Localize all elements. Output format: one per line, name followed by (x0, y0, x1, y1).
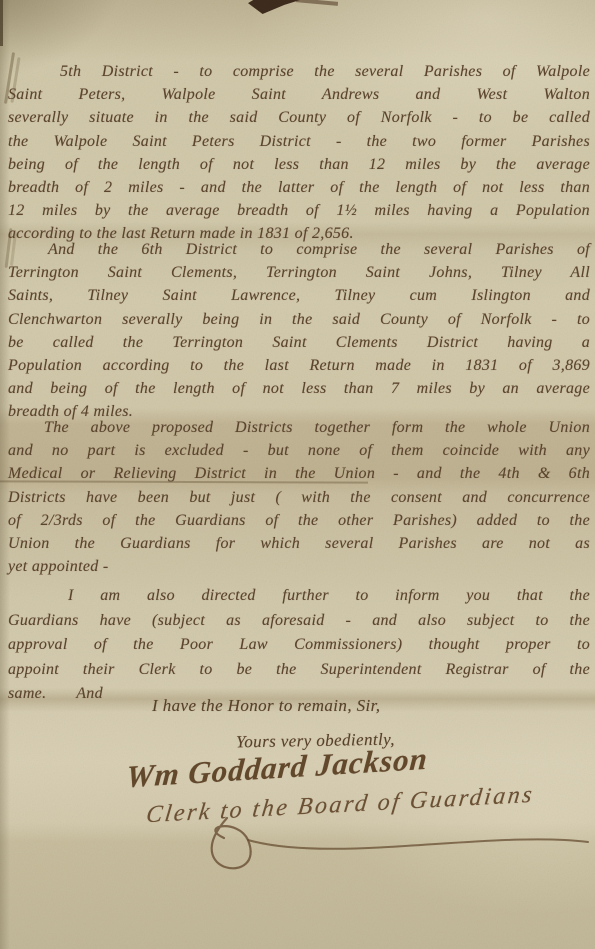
manuscript-line: and no part is excluded - but none of th… (8, 439, 590, 462)
manuscript-line: Saints, Tilney Saint Lawrence, Tilney cu… (8, 284, 590, 307)
manuscript-line: And the 6th District to comprise the sev… (8, 238, 590, 261)
manuscript-line: approval of the Poor Law Commissioners) … (8, 633, 590, 658)
ink-blot-tail (296, 0, 338, 6)
manuscript-line: 12 miles by the average breadth of 1½ mi… (8, 199, 590, 222)
paragraph-fifth-district: 5th District - to comprise the several P… (8, 60, 590, 246)
manuscript-line: yet appointed - (8, 555, 590, 578)
page-edge-shadow (0, 0, 3, 46)
manuscript-line: Medical or Relieving District in the Uni… (8, 462, 590, 485)
manuscript-line: Terrington Saint Clements, Terrington Sa… (8, 261, 590, 284)
manuscript-line: the Walpole Saint Peters District - the … (8, 130, 590, 153)
manuscript-line: Districts have been but just ( with the … (8, 486, 590, 509)
valediction: I have the Honor to remain, Sir, (152, 696, 380, 716)
manuscript-line: appoint their Clerk to be the Superinten… (8, 658, 590, 683)
paragraph-districts-summary: The above proposed Districts together fo… (8, 416, 590, 578)
manuscript-line: of 2/3rds of the Guardians of the other … (8, 509, 590, 532)
ink-blot (248, 0, 300, 14)
manuscript-line: being of the length of not less than 12 … (8, 153, 590, 176)
paragraph-sixth-district: And the 6th District to comprise the sev… (8, 238, 590, 424)
manuscript-line: breadth of 2 miles - and the latter of t… (8, 176, 590, 199)
manuscript-line: severally situate in the said County of … (8, 106, 590, 129)
manuscript-line: The above proposed Districts together fo… (8, 416, 590, 439)
manuscript-line: Guardians have (subject as aforesaid - a… (8, 609, 590, 634)
manuscript-line: Clenchwarton severally being in the said… (8, 308, 590, 331)
manuscript-line: 5th District - to comprise the several P… (8, 60, 590, 83)
manuscript-line: I am also directed further to inform you… (8, 584, 590, 609)
manuscript-line: and being of the length of not less than… (8, 377, 590, 400)
manuscript-line: Union the Guardians for which several Pa… (8, 532, 590, 555)
manuscript-line: Population according to the last Return … (8, 354, 590, 377)
paragraph-clerk-appointment: I am also directed further to inform you… (8, 584, 590, 707)
manuscript-line: Saint Peters, Walpole Saint Andrews and … (8, 83, 590, 106)
manuscript-page: 5th District - to comprise the several P… (0, 0, 595, 949)
manuscript-line: be called the Terrington Saint Clements … (8, 331, 590, 354)
